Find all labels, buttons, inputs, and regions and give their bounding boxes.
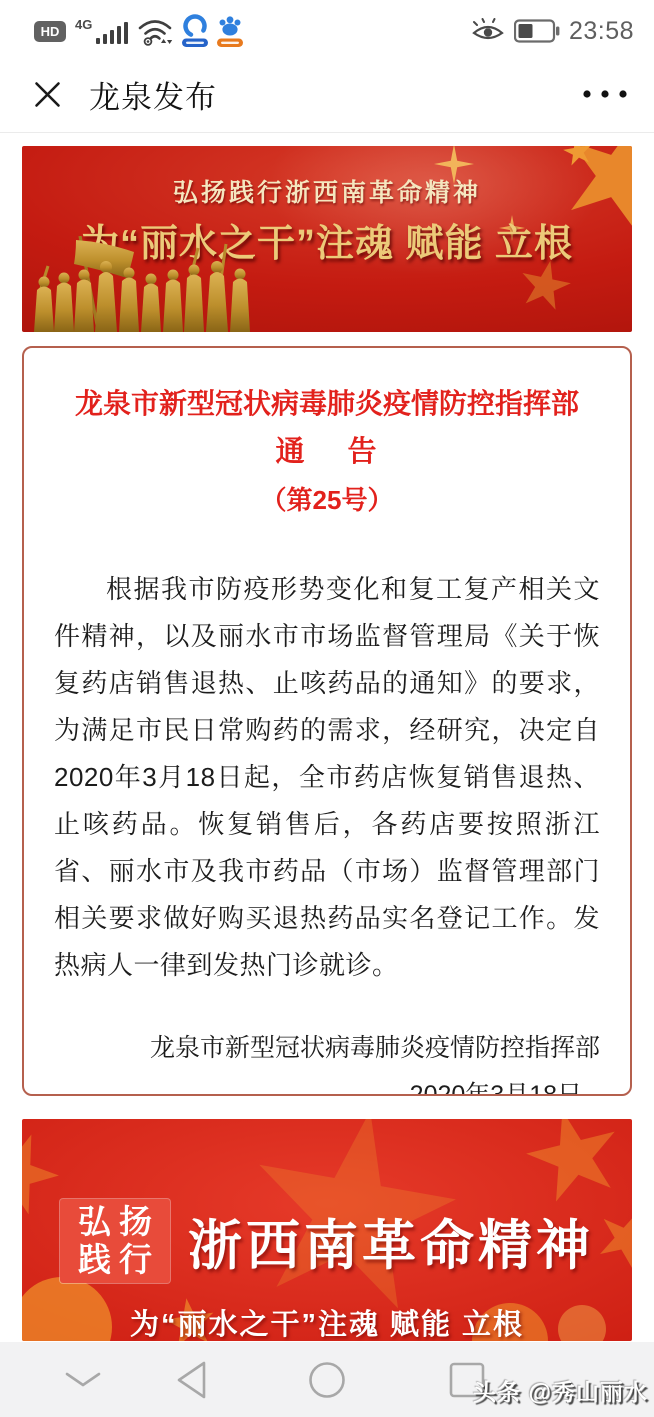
signal-bars-icon [95,17,129,45]
banner-bottom-title: 浙西南革命精神 [188,1203,594,1280]
hide-navbar-button[interactable] [48,1342,118,1417]
article-banner-bottom: 弘扬 践行 浙西南革命精神 为“丽水之干”注魂 赋能 立根 [22,1119,632,1341]
back-button[interactable] [157,1342,227,1417]
home-button[interactable] [292,1342,362,1417]
banner-bottom-slogan: 为“丽水之干”注魂 赋能 立根 [22,1302,632,1341]
notice-title: 龙泉市新型冠状病毒肺炎疫情防控指挥部 [54,380,600,428]
android-nav-bar: 头条 @秀山丽水 [0,1342,654,1417]
home-circle-icon [307,1360,347,1400]
close-icon[interactable] [34,81,61,108]
back-triangle-icon [176,1360,208,1400]
status-left-icons: HD 4G [34,14,244,48]
notice-signature: 龙泉市新型冠状病毒肺炎疫情防控指挥部 [54,1025,600,1072]
clock-label: 23:58 [569,17,634,46]
badge-line1: 弘扬 [70,1203,160,1241]
chevron-down-icon [64,1371,102,1389]
status-bar: HD 4G [0,0,654,56]
network-type-label: 4G [75,17,92,32]
banner-bottom-badge: 弘扬 践行 [60,1199,170,1283]
notice-number: （第25号） [54,476,600,524]
baidu-paw-icon [216,14,244,48]
notice-body-text: 根据我市防疫形势变化和复工复产相关文件精神，以及丽水市市场监督管理局《关于恢复药… [54,566,600,989]
notice-subtitle: 通 告 [54,428,600,476]
status-right-icons: 23:58 [471,17,634,46]
wifi-hotspot-icon [136,16,174,46]
article-banner-top: 弘扬践行浙西南革命精神 为“丽水之干”注魂 赋能 立根 [22,146,632,332]
app-header: 龙泉发布 [0,56,654,133]
banner-top-slogan-small: 弘扬践行浙西南革命精神 [22,173,632,209]
more-icon[interactable] [582,89,628,99]
watermark-label: 头条 @秀山丽水 [473,1374,648,1407]
eye-comfort-icon [471,18,505,44]
phone-screen: HD 4G [0,0,654,1417]
banner-top-slogan-large: 为“丽水之干”注魂 赋能 立根 [22,212,632,267]
badge-line2: 践行 [70,1241,160,1279]
page-title: 龙泉发布 [89,72,217,117]
notice-card: 龙泉市新型冠状病毒肺炎疫情防控指挥部 通 告 （第25号） 根据我市防疫形势变化… [22,346,632,1096]
app-ring-icon [181,14,209,48]
hd-badge-icon: HD [34,21,66,42]
battery-icon [514,19,560,43]
notice-date: 2020年3月18日 [54,1072,600,1096]
